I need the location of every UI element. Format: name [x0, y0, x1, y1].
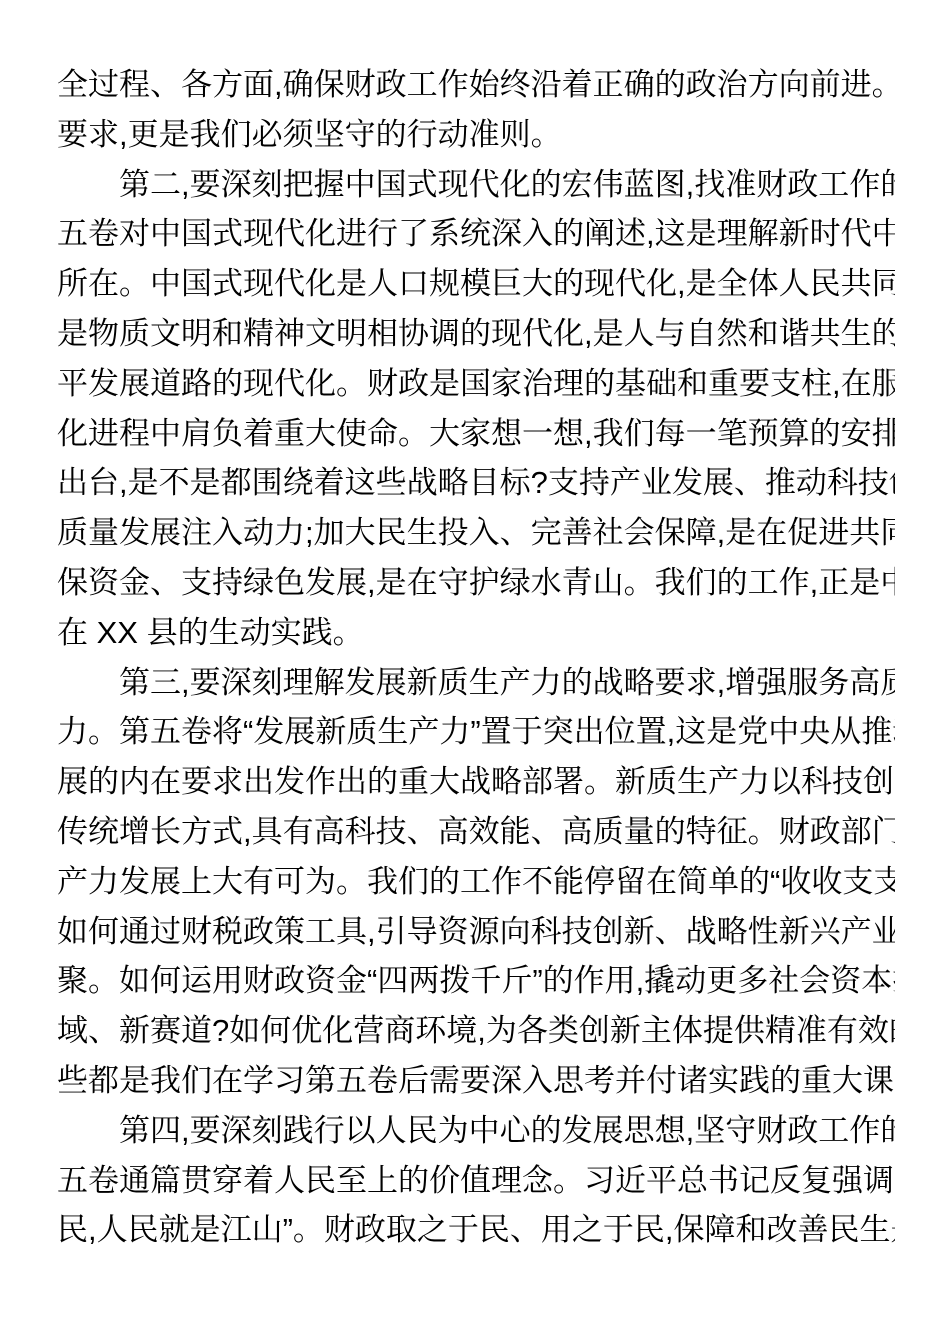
text-line: 全过程、各方面,确保财政工作始终沿着正确的政治方向前进。这不仅是理论 — [57, 60, 895, 110]
text-line: 域、新赛道?如何优化营商环境,为各类创新主体提供精准有效的财税支持?这 — [57, 1006, 895, 1056]
text-line: 化进程中肩负着重大使命。大家想一想,我们每一笔预算的安排,每一项政策的 — [57, 409, 895, 459]
text-line: 第四,要深刻践行以人民为中心的发展思想,坚守财政工作的根本立场。第 — [57, 1106, 895, 1156]
paragraph-point-three: 第三,要深刻理解发展新质生产力的战略要求,增强服务高质量发展的能 力。第五卷将“… — [57, 658, 895, 1106]
paragraph-continuation: 全过程、各方面,确保财政工作始终沿着正确的政治方向前进。这不仅是理论 要求,更是… — [57, 60, 895, 160]
text-line: 产力发展上大有可为。我们的工作不能停留在简单的“收收支支”,更要思考 — [57, 857, 895, 907]
text-line: 如何通过财税政策工具,引导资源向科技创新、战略性新兴产业、未来产业集 — [57, 907, 895, 957]
text-line: 平发展道路的现代化。财政是国家治理的基础和重要支柱,在服务中国式现代 — [57, 359, 895, 409]
paragraph-point-two: 第二,要深刻把握中国式现代化的宏伟蓝图,找准财政工作的历史方位。第 五卷对中国式… — [57, 160, 895, 658]
text-line: 传统增长方式,具有高科技、高效能、高质量的特征。财政部门在支持新质生 — [57, 807, 895, 857]
text-line: 些都是我们在学习第五卷后需要深入思考并付诸实践的重大课题。 — [57, 1056, 895, 1106]
text-line: 保资金、支持绿色发展,是在守护绿水青山。我们的工作,正是中国式宏伟蓝图 — [57, 558, 895, 608]
document-page: 全过程、各方面,确保财政工作始终沿着正确的政治方向前进。这不仅是理论 要求,更是… — [0, 0, 950, 1344]
paragraph-point-four: 第四,要深刻践行以人民为中心的发展思想,坚守财政工作的根本立场。第 五卷通篇贯穿… — [57, 1106, 895, 1255]
text-line: 展的内在要求出发作出的重大战略部署。新质生产力以科技创新为主导,摆脱 — [57, 757, 895, 807]
text-line: 五卷对中国式现代化进行了系统深入的阐述,这是理解新时代中国发展的关键 — [57, 209, 895, 259]
text-line: 五卷通篇贯穿着人民至上的价值理念。习近平总书记反复强调,“江山就是人 — [57, 1156, 895, 1206]
text-line: 要求,更是我们必须坚守的行动准则。 — [57, 110, 895, 160]
text-line: 第二,要深刻把握中国式现代化的宏伟蓝图,找准财政工作的历史方位。第 — [57, 160, 895, 210]
text-line: 质量发展注入动力;加大民生投入、完善社会保障,是在促进共同富裕;投入环 — [57, 508, 895, 558]
text-line: 聚。如何运用财政资金“四两拨千斤”的作用,撬动更多社会资本投入到新领 — [57, 956, 895, 1006]
text-line: 出台,是不是都围绕着这些战略目标?支持产业发展、推动科技创新,是在为高 — [57, 458, 895, 508]
text-line: 在 XX 县的生动实践。 — [57, 608, 895, 658]
text-line: 所在。中国式现代化是人口规模巨大的现代化,是全体人民共同富裕的现代化, — [57, 259, 895, 309]
text-line: 第三,要深刻理解发展新质生产力的战略要求,增强服务高质量发展的能 — [57, 658, 895, 708]
text-line: 民,人民就是江山”。财政取之于民、用之于民,保障和改善民生是财政工作的 — [57, 1205, 895, 1255]
text-line: 是物质文明和精神文明相协调的现代化,是人与自然和谐共生的现代化,是走和 — [57, 309, 895, 359]
text-line: 力。第五卷将“发展新质生产力”置于突出位置,这是党中央从推动高质量发 — [57, 707, 895, 757]
